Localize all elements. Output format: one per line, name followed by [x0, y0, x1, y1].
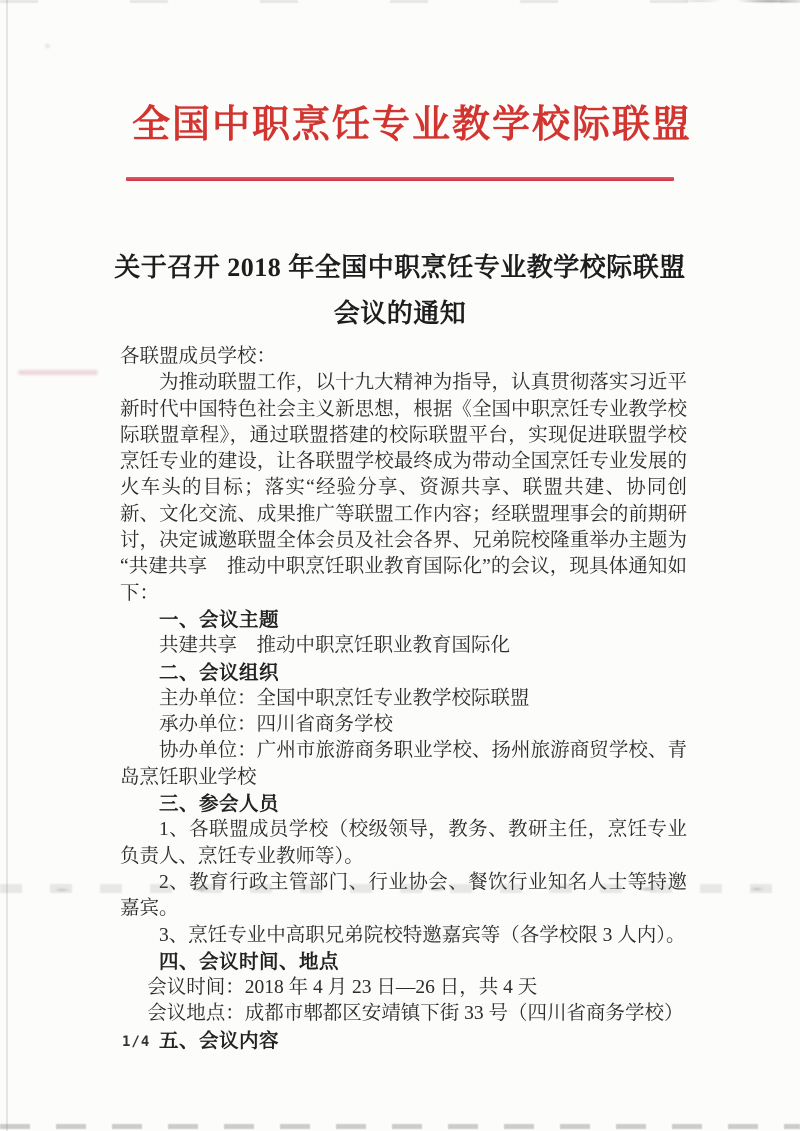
scan-artifact-left-edge	[6, 0, 8, 1131]
section-2-heading: 二、会议组织	[120, 660, 687, 686]
letterhead-rule	[126, 177, 674, 181]
section-4-heading: 四、会议时间、地点	[120, 949, 687, 975]
section-3-heading: 三、参会人员	[120, 791, 687, 817]
scan-artifact-pink-smudge	[18, 370, 98, 375]
section-1-line: 共建共享 推动中职烹饪职业教育国际化	[120, 633, 687, 659]
scan-artifact-bottom-edge	[0, 1124, 800, 1129]
scan-artifact-dot	[45, 44, 50, 48]
scan-artifact-top-edge	[0, 0, 800, 3]
section-3-line: 3、烹饪专业中高职兄弟院校特邀嘉宾等（各学校限 3 人内）。	[120, 923, 687, 949]
section-1-heading: 一、会议主题	[120, 607, 687, 633]
section-2-line: 承办单位：四川省商务学校	[120, 712, 687, 738]
notice-body: 各联盟成员学校： 为推动联盟工作，以十九大精神为指导，认真贯彻落实习近平新时代中…	[120, 344, 687, 1054]
intro-paragraph: 为推动联盟工作，以十九大精神为指导，认真贯彻落实习近平新时代中国特色社会主义新思…	[120, 370, 687, 607]
section-3-line: 2、教育行政主管部门、行业协会、餐饮行业知名人士等特邀嘉宾。	[120, 870, 687, 923]
salutation: 各联盟成员学校：	[120, 344, 687, 370]
letterhead-title: 全国中职烹饪专业教学校际联盟	[12, 101, 800, 149]
page-number: 1/4	[122, 1034, 150, 1050]
section-2-line: 主办单位：全国中职烹饪专业教学校际联盟	[120, 686, 687, 712]
scanned-notice-page: 全国中职烹饪专业教学校际联盟 关于召开 2018 年全国中职烹饪专业教学校际联盟…	[0, 0, 800, 1131]
section-4-line: 会议时间：2018 年 4 月 23 日—26 日，共 4 天	[120, 975, 687, 1001]
section-5-heading: 五、会议内容	[120, 1028, 687, 1054]
section-4-line: 会议地点：成都市郫都区安靖镇下街 33 号（四川省商务学校）	[120, 1001, 687, 1027]
notice-title-line1: 关于召开 2018 年全国中职烹饪专业教学校际联盟	[0, 245, 800, 291]
notice-title: 关于召开 2018 年全国中职烹饪专业教学校际联盟 会议的通知	[0, 245, 800, 337]
section-2-line: 协办单位：广州市旅游商务职业学校、扬州旅游商贸学校、青岛烹饪职业学校	[120, 738, 687, 791]
section-3-line: 1、各联盟成员学校（校级领导，教务、教研主任，烹饪专业负责人、烹饪专业教师等）。	[120, 817, 687, 870]
notice-title-line2: 会议的通知	[0, 291, 800, 337]
